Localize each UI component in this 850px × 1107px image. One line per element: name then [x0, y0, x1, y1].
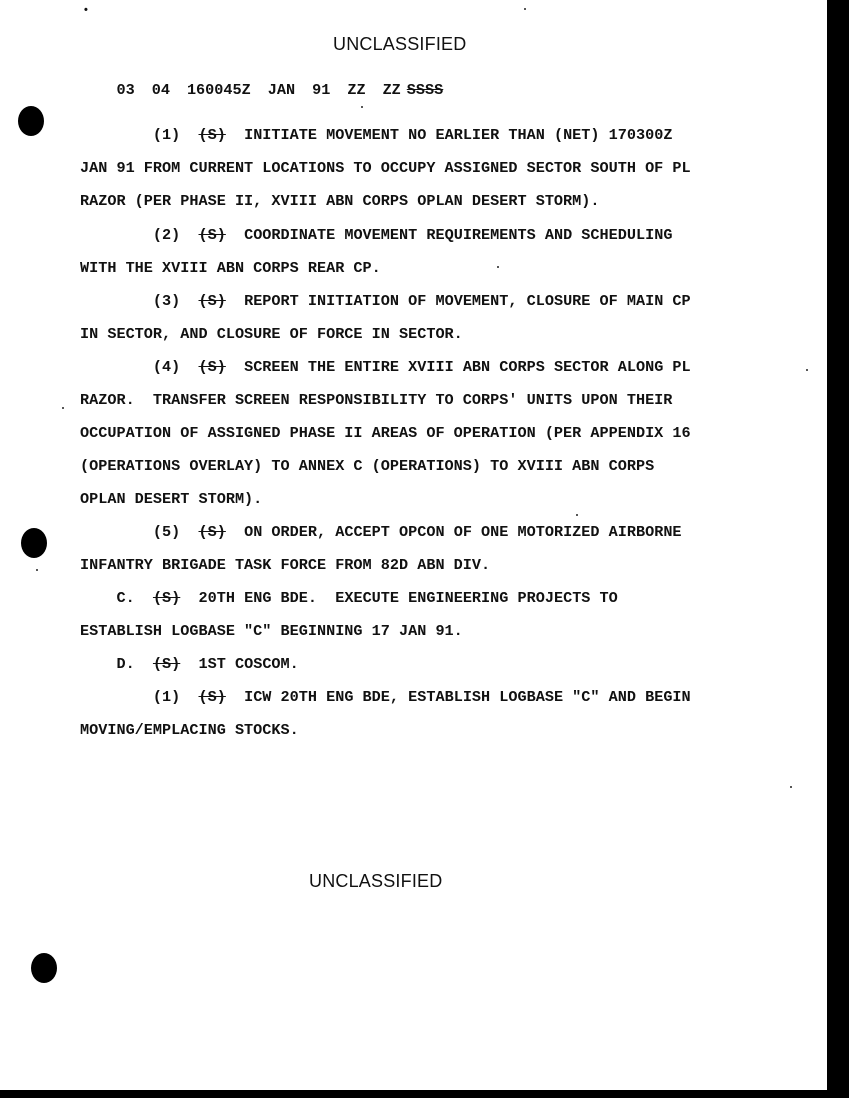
classification-banner-bottom: UNCLASSIFIED [309, 871, 442, 892]
body-line: (3) (S) REPORT INITIATION OF MOVEMENT, C… [80, 292, 691, 310]
scan-speck [790, 786, 792, 788]
paragraph-number: C. [116, 589, 134, 607]
body-line: RAZOR. TRANSFER SCREEN RESPONSIBILITY TO… [80, 391, 672, 409]
line-text: ON ORDER, ACCEPT OPCON OF ONE MOTORIZED … [244, 523, 681, 541]
line-text: INITIATE MOVEMENT NO EARLIER THAN (NET) … [244, 126, 672, 144]
body-line: (1) (S) INITIATE MOVEMENT NO EARLIER THA… [80, 126, 672, 144]
body-line: ESTABLISH LOGBASE "C" BEGINNING 17 JAN 9… [80, 622, 463, 640]
struck-paragraph-marking: (S) [199, 126, 226, 144]
header-field: ZZ [383, 81, 401, 99]
line-text: SCREEN THE ENTIRE XVIII ABN CORPS SECTOR… [244, 358, 691, 376]
body-line: MOVING/EMPLACING STOCKS. [80, 721, 299, 739]
body-line: (2) (S) COORDINATE MOVEMENT REQUIREMENTS… [80, 226, 672, 244]
line-text: 20TH ENG BDE. EXECUTE ENGINEERING PROJEC… [199, 589, 618, 607]
scan-border-right [827, 0, 849, 1098]
body-line: (4) (S) SCREEN THE ENTIRE XVIII ABN CORP… [80, 358, 691, 376]
scan-speck [576, 514, 578, 516]
body-line: OPLAN DESERT STORM). [80, 490, 262, 508]
line-text: ICW 20TH ENG BDE, ESTABLISH LOGBASE "C" … [244, 688, 691, 706]
struck-paragraph-marking: (S) [199, 226, 226, 244]
struck-paragraph-marking: (S) [199, 688, 226, 706]
body-line: OCCUPATION OF ASSIGNED PHASE II AREAS OF… [80, 424, 691, 442]
body-line: D. (S) 1ST COSCOM. [80, 655, 299, 673]
struck-paragraph-marking: (S) [199, 292, 226, 310]
paragraph-number: (4) [153, 358, 180, 376]
paragraph-number: (1) [153, 126, 180, 144]
paragraph-number: (1) [153, 688, 180, 706]
scan-speck [806, 369, 808, 371]
struck-paragraph-marking: (S) [199, 523, 226, 541]
body-line: (5) (S) ON ORDER, ACCEPT OPCON OF ONE MO… [80, 523, 682, 541]
paragraph-number: (2) [153, 226, 180, 244]
body-line: INFANTRY BRIGADE TASK FORCE FROM 82D ABN… [80, 556, 490, 574]
scan-border-bottom [0, 1090, 849, 1098]
scan-speck [36, 569, 38, 571]
line-text: REPORT INITIATION OF MOVEMENT, CLOSURE O… [244, 292, 691, 310]
body-line: WITH THE XVIII ABN CORPS REAR CP. [80, 259, 381, 277]
scanned-document-page: • UNCLASSIFIED 0304160045ZJAN91ZZZZSSSS … [0, 0, 850, 1107]
struck-paragraph-marking: (S) [153, 655, 180, 673]
scan-artifact-mark: • [84, 4, 88, 16]
scan-speck [62, 407, 64, 409]
paragraph-number: (3) [153, 292, 180, 310]
header-field: ZZ [347, 81, 365, 99]
body-line: IN SECTOR, AND CLOSURE OF FORCE IN SECTO… [80, 325, 463, 343]
body-line: (OPERATIONS OVERLAY) TO ANNEX C (OPERATI… [80, 457, 654, 475]
body-line: JAN 91 FROM CURRENT LOCATIONS TO OCCUPY … [80, 159, 691, 177]
line-text: 1ST COSCOM. [199, 655, 299, 673]
punch-hole-bottom [31, 953, 57, 983]
paragraph-number: (5) [153, 523, 180, 541]
message-header-line: 0304160045ZJAN91ZZZZSSSS [80, 63, 460, 117]
header-field: 160045Z [187, 81, 251, 99]
header-field: 03 [116, 81, 134, 99]
header-field: JAN [268, 81, 295, 99]
struck-paragraph-marking: (S) [199, 358, 226, 376]
scan-speck [497, 266, 499, 268]
header-field: 91 [312, 81, 330, 99]
punch-hole-top [18, 106, 44, 136]
header-field: 04 [152, 81, 170, 99]
scan-speck [524, 8, 526, 10]
body-line: (1) (S) ICW 20TH ENG BDE, ESTABLISH LOGB… [80, 688, 691, 706]
struck-classification-marking: SSSS [407, 81, 443, 99]
line-text: COORDINATE MOVEMENT REQUIREMENTS AND SCH… [244, 226, 672, 244]
classification-banner-top: UNCLASSIFIED [333, 34, 466, 55]
body-line: C. (S) 20TH ENG BDE. EXECUTE ENGINEERING… [80, 589, 618, 607]
struck-paragraph-marking: (S) [153, 589, 180, 607]
body-line: RAZOR (PER PHASE II, XVIII ABN CORPS OPL… [80, 192, 600, 210]
paragraph-number: D. [116, 655, 134, 673]
punch-hole-middle [21, 528, 47, 558]
